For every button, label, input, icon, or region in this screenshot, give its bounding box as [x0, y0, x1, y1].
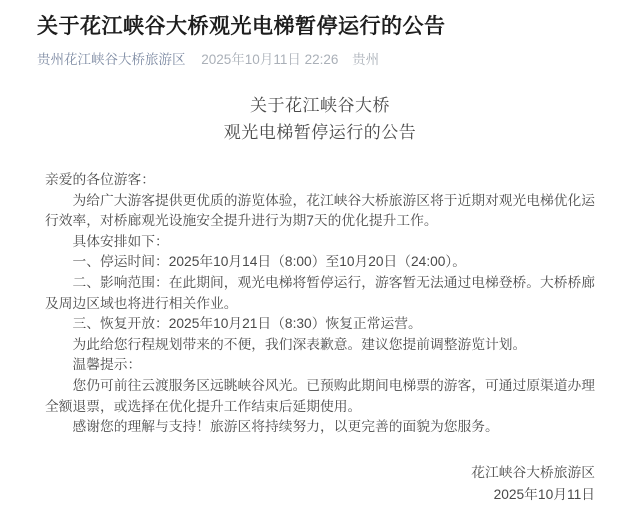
notice-heading-line1: 关于花江峡谷大桥	[45, 92, 595, 119]
notice-body: 关于花江峡谷大桥 观光电梯暂停运行的公告 亲爱的各位游客：为给广大游客提供更优质…	[45, 92, 595, 505]
publish-datetime: 2025年10月11日 22:26	[201, 52, 338, 67]
notice-paragraph: 亲爱的各位游客：	[45, 170, 595, 191]
article-page: 关于花江峡谷大桥观光电梯暂停运行的公告 贵州花江峡谷大桥旅游区 2025年10月…	[0, 0, 640, 505]
notice-paragraph: 温馨提示：	[45, 355, 595, 376]
notice-paragraph: 二、影响范围：在此期间，观光电梯将暂停运行，游客暂无法通过电梯登桥。大桥桥廊及周…	[45, 273, 595, 314]
notice-paragraph: 感谢您的理解与支持！旅游区将持续努力，以更完善的面貌为您服务。	[45, 417, 595, 438]
notice-signature: 花江峡谷大桥旅游区 2025年10月11日	[45, 462, 595, 505]
byline: 贵州花江峡谷大桥旅游区 2025年10月11日 22:26 贵州	[37, 50, 603, 70]
notice-paragraph: 为给广大游客提供更优质的游览体验，花江峡谷大桥旅游区将于近期对观光电梯优化运行效…	[45, 191, 595, 232]
signature-date: 2025年10月11日	[45, 484, 595, 505]
publish-location: 贵州	[352, 52, 379, 67]
notice-heading-line2: 观光电梯暂停运行的公告	[45, 119, 595, 146]
article-title: 关于花江峡谷大桥观光电梯暂停运行的公告	[37, 13, 603, 41]
signature-org: 花江峡谷大桥旅游区	[45, 462, 595, 483]
notice-paragraph: 一、停运时间：2025年10月14日（8:00）至10月20日（24:00）。	[45, 252, 595, 273]
notice-paragraph: 三、恢复开放：2025年10月21日（8:30）恢复正常运营。	[45, 314, 595, 335]
notice-paragraphs: 亲爱的各位游客：为给广大游客提供更优质的游览体验，花江峡谷大桥旅游区将于近期对观…	[45, 170, 595, 438]
notice-paragraph: 为此给您行程规划带来的不便，我们深表歉意。建议您提前调整游览计划。	[45, 335, 595, 356]
notice-heading: 关于花江峡谷大桥 观光电梯暂停运行的公告	[45, 92, 595, 146]
notice-paragraph: 您仍可前往云渡服务区远眺峡谷风光。已预购此期间电梯票的游客，可通过原渠道办理全额…	[45, 376, 595, 417]
notice-paragraph: 具体安排如下：	[45, 232, 595, 253]
account-name-link[interactable]: 贵州花江峡谷大桥旅游区	[37, 52, 186, 67]
